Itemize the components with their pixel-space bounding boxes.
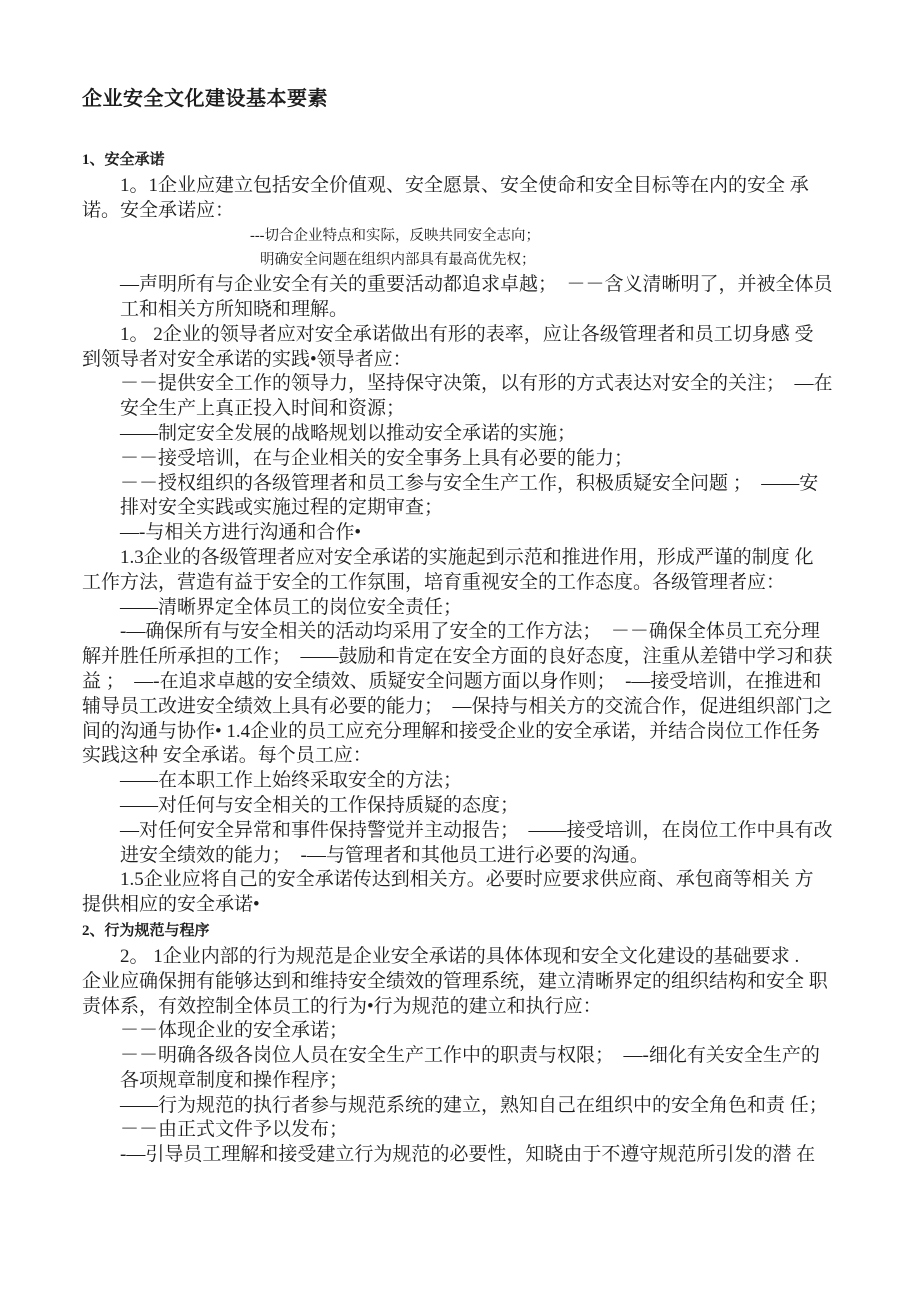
text-line: 各项规章制度和操作程序；	[82, 1069, 882, 1094]
text-line: 解并胜任所承担的工作； ——鼓励和肯定在安全方面的良好态度，注重从差错中学习和获	[82, 645, 882, 670]
text-line: 排对安全实践或实施过程的定期审查；	[82, 496, 882, 521]
text-line: 工作方法，营造有益于安全的工作氛围，培育重视安全的工作态度。各级管理者应：	[82, 571, 882, 596]
text-line: －－提供安全工作的领导力，坚持保守决策，以有形的方式表达对安全的关注； —在	[82, 372, 882, 397]
section-2: 2、行为规范与程序2。 1企业内部的行为规范是企业安全承诺的具体体现和安全文化建…	[82, 921, 882, 1168]
text-line: ——清晰界定全体员工的岗位安全责任；	[82, 596, 882, 621]
text-line: ——制定安全发展的战略规划以推动安全承诺的实施；	[82, 422, 882, 447]
text-line: －－接受培训，在与企业相关的安全事务上具有必要的能力；	[82, 447, 882, 472]
document-body: 企业安全文化建设基本要素 1、安全承诺1。1企业应建立包括安全价值观、安全愿景、…	[82, 0, 882, 1168]
text-line: 2。 1企业内部的行为规范是企业安全承诺的具体体现和安全文化建设的基础要求 .	[82, 945, 882, 970]
text-line: 进安全绩效的能力； -—与管理者和其他员工进行必要的沟通。	[82, 844, 882, 869]
text-line: －－授权组织的各级管理者和员工参与安全生产工作，积极质疑安全问题 ； ——安	[82, 472, 882, 497]
section-1: 1、安全承诺1。1企业应建立包括安全价值观、安全愿景、安全使命和安全目标等在内的…	[82, 150, 882, 918]
text-line: 1.3企业的各级管理者应对安全承诺的实施起到示范和推进作用，形成严谨的制度 化	[82, 546, 882, 571]
text-line: 1.5企业应将自己的安全承诺传达到相关方。必要时应要求供应商、承包商等相关 方	[82, 868, 882, 893]
text-line: 间的沟通与协作• 1.4企业的员工应充分理解和接受企业的安全承诺，并结合岗位工作…	[82, 720, 882, 745]
text-line: 1。1企业应建立包括安全价值观、安全愿景、安全使命和安全目标等在内的安全 承	[82, 174, 882, 199]
text-line: —对任何安全异常和事件保持警觉并主动报告； ——接受培训，在岗位工作中具有改	[82, 819, 882, 844]
document-page: 企业安全文化建设基本要素 1、安全承诺1。1企业应建立包括安全价值观、安全愿景、…	[0, 0, 920, 1302]
text-line: 提供相应的安全承诺•	[82, 893, 882, 918]
text-line: —声明所有与企业安全有关的重要活动都追求卓越； －－含义清晰明了，并被全体员	[82, 273, 882, 298]
text-line: ——行为规范的执行者参与规范系统的建立，熟知自己在组织中的安全角色和责 任；	[82, 1094, 882, 1119]
text-line: －－体现企业的安全承诺；	[82, 1019, 882, 1044]
text-line: 诺。安全承诺应：	[82, 199, 882, 224]
text-line: －－由正式文件予以发布；	[82, 1118, 882, 1143]
text-line: 工和相关方所知晓和理解。	[82, 298, 882, 323]
text-line: 到领导者对安全承诺的实践•领导者应：	[82, 348, 882, 373]
text-line: ---切合企业特点和实际，反映共同安全志向；	[82, 224, 882, 249]
section-heading: 2、行为规范与程序	[82, 921, 882, 941]
text-line: 企业应确保拥有能够达到和维持安全绩效的管理系统，建立清晰界定的组织结构和安全 职	[82, 970, 882, 995]
text-line: 安全生产上真正投入时间和资源；	[82, 397, 882, 422]
document-sections: 1、安全承诺1。1企业应建立包括安全价值观、安全愿景、安全使命和安全目标等在内的…	[82, 150, 882, 1168]
section-lines: 2。 1企业内部的行为规范是企业安全承诺的具体体现和安全文化建设的基础要求 .企…	[82, 945, 882, 1168]
text-line: 辅导员工改进安全绩效上具有必要的能力； —保持与相关方的交流合作，促进组织部门之	[82, 695, 882, 720]
text-line: 1。 2企业的领导者应对安全承诺做出有形的表率，应让各级管理者和员工切身感 受	[82, 323, 882, 348]
text-line: 实践这种 安全承诺。每个员工应：	[82, 744, 882, 769]
text-line: -—确保所有与安全相关的活动均采用了安全的工作方法； －－确保全体员工充分理	[82, 620, 882, 645]
text-line: －－明确各级各岗位人员在安全生产工作中的职责与权限； —-细化有关安全生产的	[82, 1044, 882, 1069]
text-line: -—引导员工理解和接受建立行为规范的必要性，知晓由于不遵守规范所引发的潜 在	[82, 1143, 882, 1168]
section-heading: 1、安全承诺	[82, 150, 882, 170]
text-line: 益 ； —-在追求卓越的安全绩效、质疑安全问题方面以身作则； -—接受培训，在推…	[82, 670, 882, 695]
text-line: ——对任何与安全相关的工作保持质疑的态度；	[82, 794, 882, 819]
document-title: 企业安全文化建设基本要素	[82, 86, 882, 112]
text-line: ——在本职工作上始终采取安全的方法；	[82, 769, 882, 794]
text-line: —-与相关方进行沟通和合作•	[82, 521, 882, 546]
text-line: 责体系，有效控制全体员工的行为•行为规范的建立和执行应：	[82, 995, 882, 1020]
section-lines: 1。1企业应建立包括安全价值观、安全愿景、安全使命和安全目标等在内的安全 承诺。…	[82, 174, 882, 918]
text-line: 明确安全问题在组织内部具有最高优先权；	[82, 248, 882, 273]
